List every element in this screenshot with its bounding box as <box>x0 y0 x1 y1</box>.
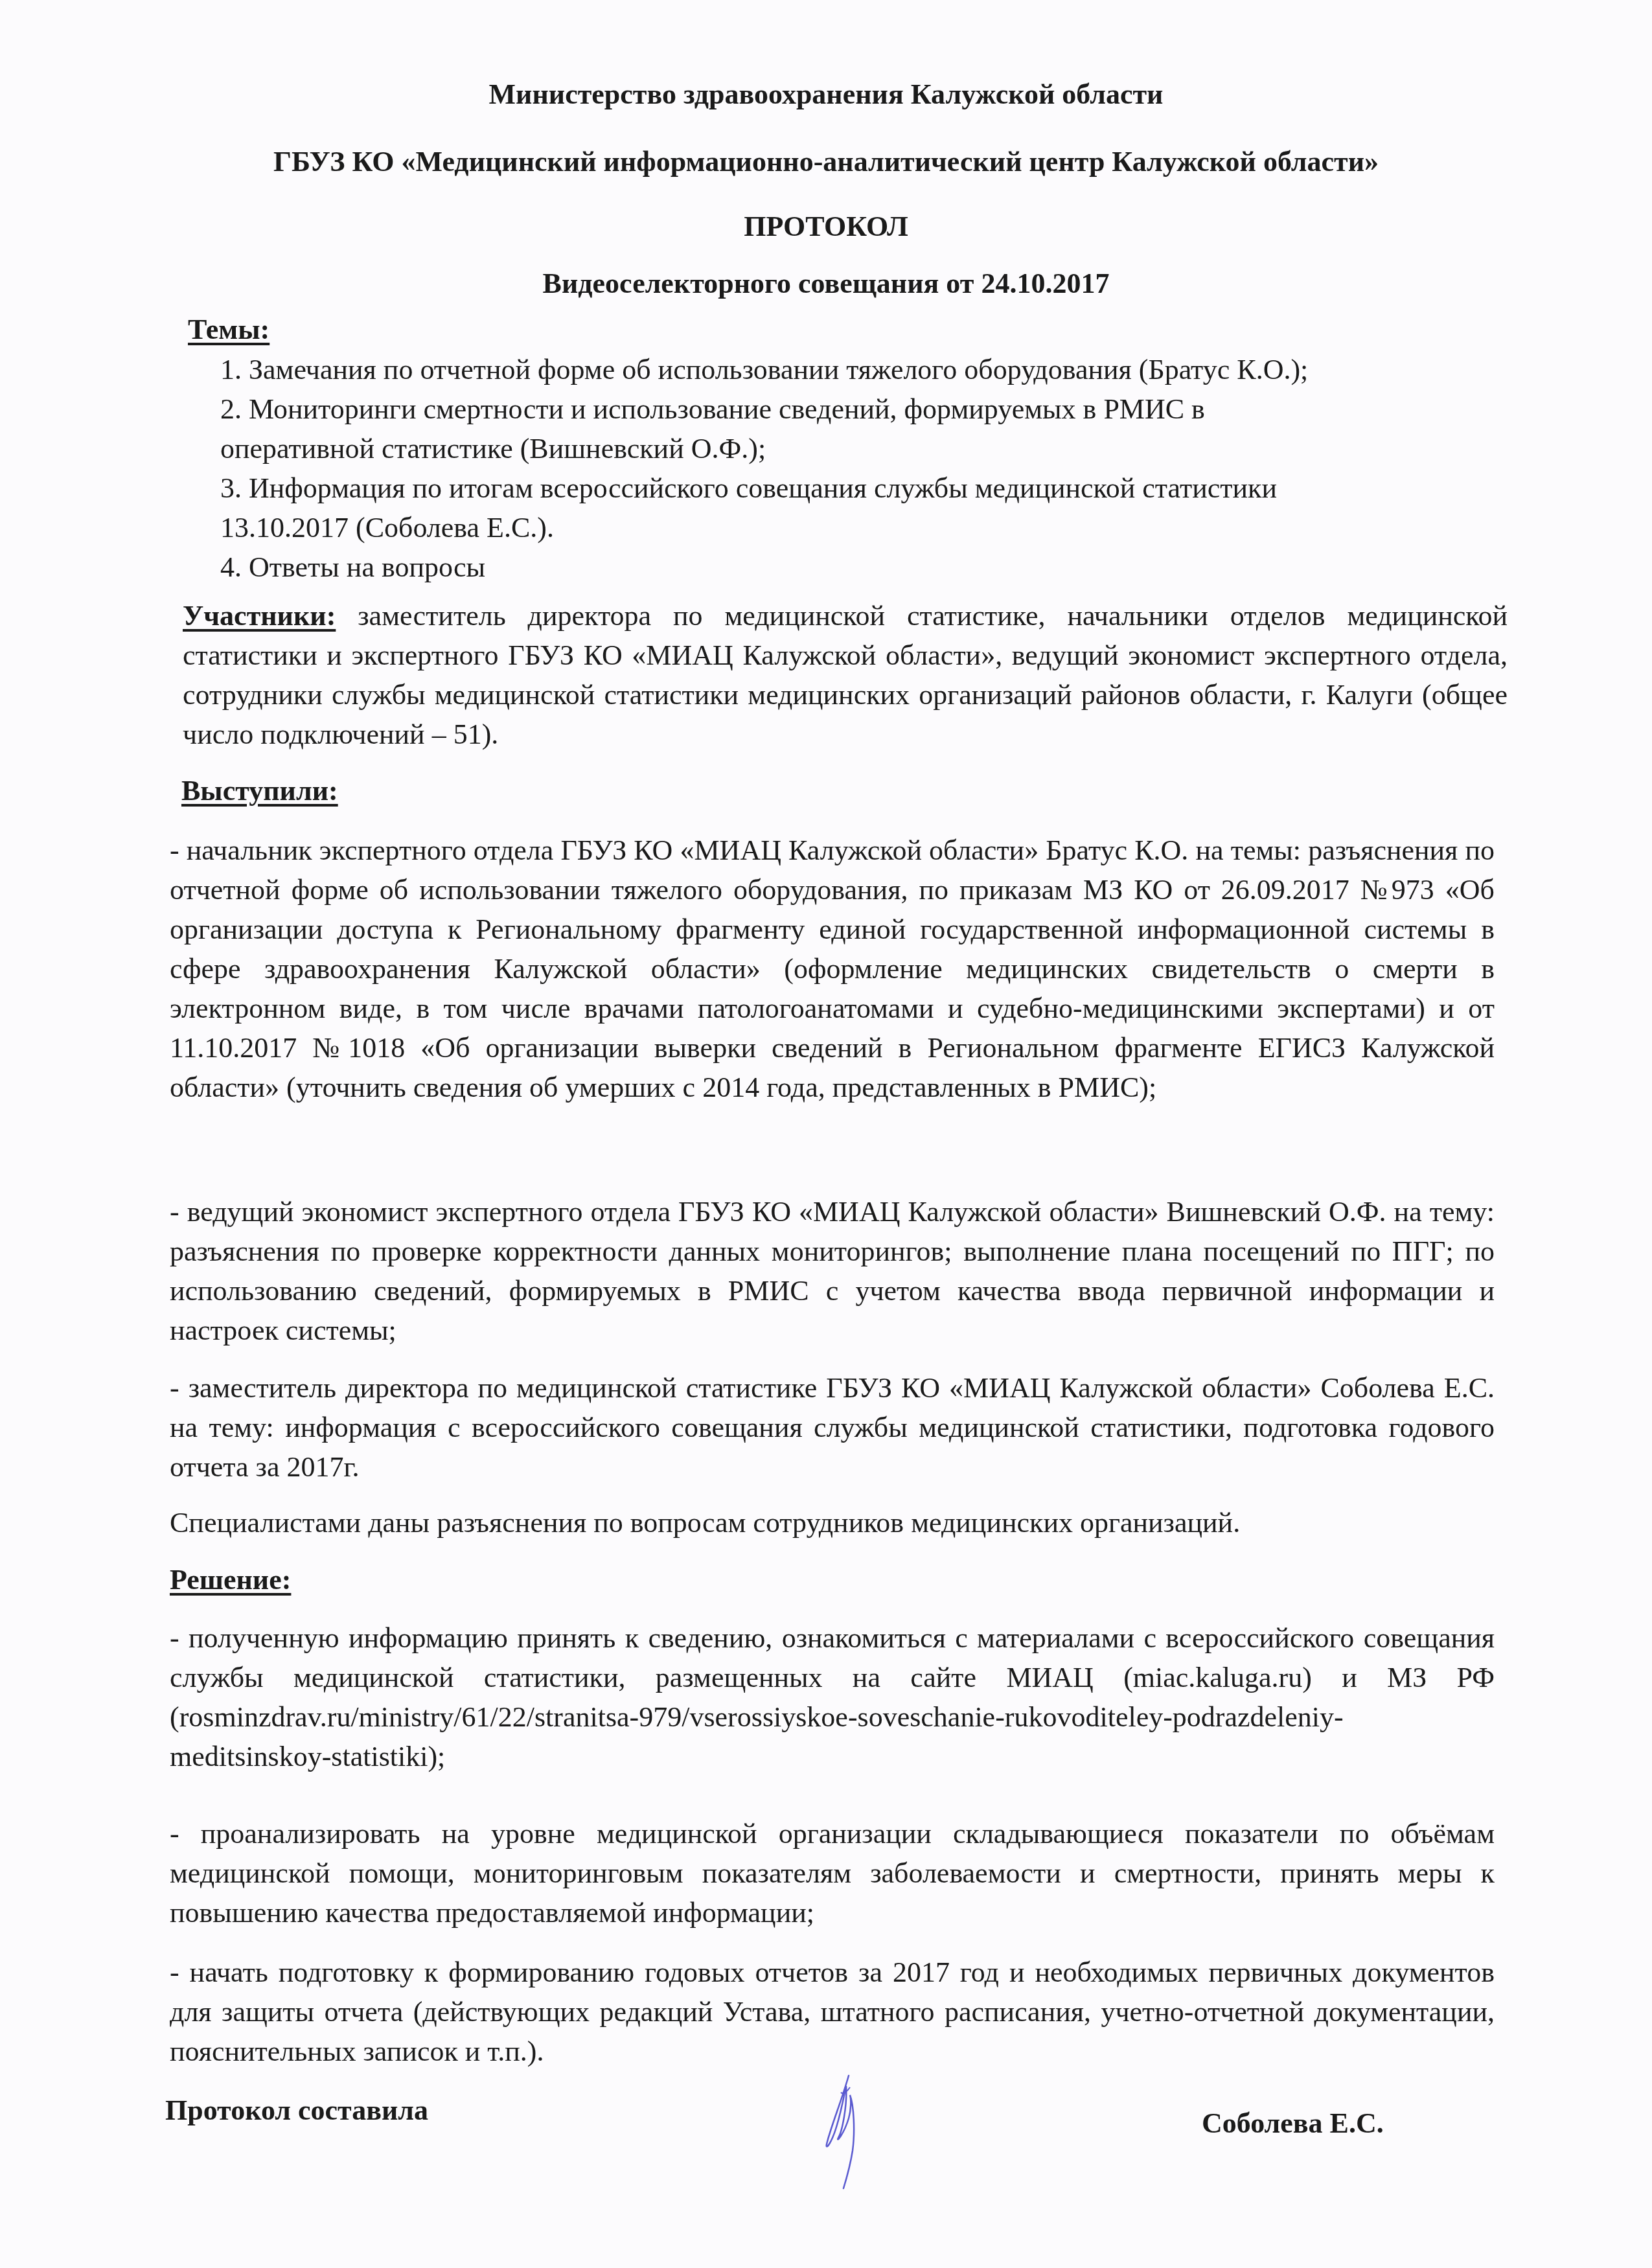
decision-item-3: - начать подготовку к формированию годов… <box>170 1953 1495 2071</box>
document-page: Министерство здравоохранения Калужской о… <box>0 0 1652 2268</box>
speaker-text: - ведущий экономист экспертного отдела Г… <box>170 1192 1495 1350</box>
topic-item: 4. Ответы на вопросы <box>220 547 1509 587</box>
speaker-text: - начальник экспертного отдела ГБУЗ КО «… <box>170 830 1495 1107</box>
speaker-text: - заместитель директора по медицинской с… <box>170 1368 1495 1487</box>
topics-label: Темы: <box>188 314 270 345</box>
organization-heading: ГБУЗ КО «Медицинский информационно-анали… <box>0 144 1652 180</box>
decision-item-1: - полученную информацию принять к сведен… <box>170 1618 1495 1776</box>
signatory-name: Соболева Е.С. <box>1202 2107 1384 2140</box>
speakers-label-row: Выступили: <box>181 771 1506 810</box>
decision-text: - начать подготовку к формированию годов… <box>170 1953 1495 2071</box>
decision-label-row: Решение: <box>170 1560 1495 1599</box>
decision-label: Решение: <box>170 1564 291 1596</box>
topic-item-continuation: 13.10.2017 (Соболева Е.С.). <box>220 508 1509 547</box>
topics-label-row: Темы: <box>188 310 1513 349</box>
ministry-heading: Министерство здравоохранения Калужской о… <box>0 76 1652 113</box>
topics-list: 1. Замечания по отчетной форме об исполь… <box>220 350 1509 587</box>
document-subtitle: Видеоселекторного совещания от 24.10.201… <box>0 266 1652 302</box>
handwritten-signature-icon <box>803 2073 894 2190</box>
topic-item: 2. Мониторинги смертности и использовани… <box>220 389 1509 429</box>
speakers-label: Выступили: <box>181 775 338 807</box>
document-type-heading: ПРОТОКОЛ <box>0 209 1652 245</box>
topic-item-continuation: оперативной статистике (Вишневский О.Ф.)… <box>220 429 1509 468</box>
signature-label: Протокол составила <box>165 2094 428 2127</box>
topic-item: 1. Замечания по отчетной форме об исполь… <box>220 350 1509 389</box>
speakers-summary: Специалистами даны разъяснения по вопрос… <box>170 1503 1495 1542</box>
speaker-item-3: - заместитель директора по медицинской с… <box>170 1368 1495 1487</box>
participants-section: Участники: заместитель директора по меди… <box>183 596 1508 754</box>
topic-item: 3. Информация по итогам всероссийского с… <box>220 468 1509 508</box>
speakers-summary-row: Специалистами даны разъяснения по вопрос… <box>170 1503 1495 1542</box>
decision-item-2: - проанализировать на уровне медицинской… <box>170 1814 1495 1932</box>
speaker-item-1: - начальник экспертного отдела ГБУЗ КО «… <box>170 830 1495 1107</box>
decision-text: - полученную информацию принять к сведен… <box>170 1618 1495 1776</box>
speaker-item-2: - ведущий экономист экспертного отдела Г… <box>170 1192 1495 1350</box>
participants-text: заместитель директора по медицинской ста… <box>183 600 1508 750</box>
participants-label: Участники: <box>183 600 336 632</box>
decision-text: - проанализировать на уровне медицинской… <box>170 1814 1495 1932</box>
